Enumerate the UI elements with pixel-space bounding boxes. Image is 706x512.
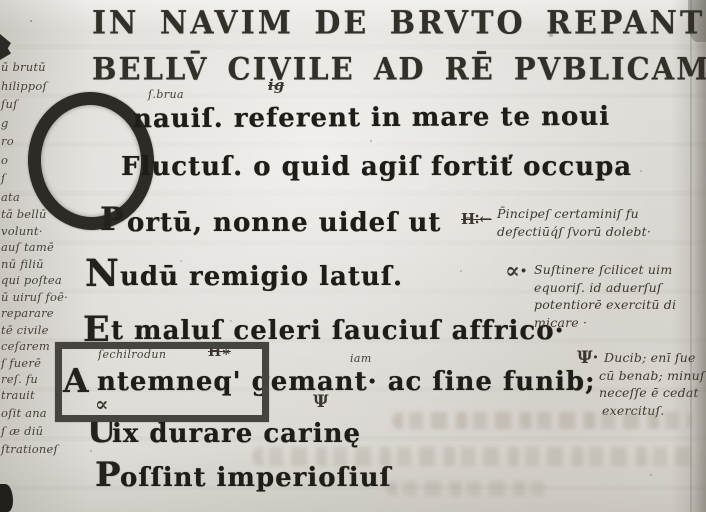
- margin-note-line: equoriſ. id aduerſuſ: [534, 279, 676, 297]
- margin-note-line: P̄incipeſ certaminiſ fu: [497, 205, 651, 223]
- margin-note-line: micare ·: [534, 314, 676, 332]
- left-gloss-fragment: volunt·: [1, 223, 68, 240]
- nota-ig-icon: ig: [268, 76, 284, 94]
- highlight-box: [55, 342, 269, 422]
- left-gloss-fragment: tē civile: [1, 322, 68, 339]
- parchment-specks: [30, 20, 32, 22]
- margin-note-line: potentiorē exercitū di: [534, 296, 676, 314]
- left-gloss-fragment: ū brutū: [1, 58, 47, 77]
- left-gloss-fragment: g: [1, 114, 47, 133]
- margin-note-line: defectiūq́ſ ſvorū dolebt·: [497, 223, 651, 241]
- left-gloss-fragment: ſ æ diū: [1, 422, 58, 440]
- ghost-text-line: [252, 447, 702, 466]
- left-gloss-fragment: tā bellū: [1, 206, 68, 223]
- margin-note-line: Suſtinere ſcilicet uim: [534, 261, 676, 279]
- left-gloss-fragment: o: [1, 151, 47, 170]
- left-gloss-fragment: ata: [1, 188, 47, 207]
- left-gloss-fragment: qui poſtea: [1, 272, 68, 289]
- poem-line-8: oſſint imperioſiuſ: [120, 463, 392, 493]
- left-gloss-fragment: auſ tamē: [1, 239, 68, 256]
- left-gloss-fragment: ſ fuerē: [1, 355, 68, 372]
- line-initial-p2: P: [95, 458, 121, 492]
- margin-note-hic: P̄incipeſ certaminiſ fu defectiūq́ſ ſvor…: [497, 205, 651, 240]
- interlinear-gloss-iam: iam: [350, 352, 372, 365]
- interlinear-gloss-brevi: ſ.brua: [148, 88, 184, 101]
- poem-line-2: Fluctuſ. o quid agiſ fortiť occupa: [121, 152, 632, 182]
- left-gloss-fragment: nū filiū: [1, 256, 68, 273]
- left-gloss-fragment: ſtrationeſ: [1, 440, 58, 458]
- hic-note-mark-icon: H∶←: [461, 210, 492, 228]
- line-initial-p: P: [100, 203, 124, 235]
- poem-line-1: nauiſ. referent in mare te noui: [133, 102, 610, 134]
- left-gloss-fragment: ro: [1, 132, 47, 151]
- rubric-title-line-1: IN NAVIM DE BRVTO REPANTĒ: [92, 5, 706, 42]
- margin-note-ducibus: Ducib; enī ſue cū benab; minuſ neceſſe ē…: [599, 349, 705, 419]
- left-gloss-fragment: hilippoſ: [1, 77, 47, 96]
- left-gloss-fragment: ſ: [1, 169, 47, 188]
- poem-line-7: ix durare carinę: [112, 419, 361, 449]
- manuscript-page: IN NAVIM DE BRVTO REPANTĒ BELLV̄ CIVILE …: [0, 0, 706, 512]
- left-gloss-fragment: ſuſ: [1, 95, 47, 114]
- poem-line-4: udū remigio latuſ.: [120, 262, 403, 292]
- margin-note-sustinere: Suſtinere ſcilicet uim equoriſ. id aduer…: [534, 261, 676, 331]
- left-gloss-fragment: oſit ana: [1, 404, 58, 422]
- rubric-title-line-2: BELLV̄ CIVILE AD RĒ PVBLICAM·: [92, 51, 706, 87]
- left-margin-column-a: ū brutū hilippoſ ſuſ g ro o ſ ata: [1, 58, 47, 206]
- left-gloss-fragment: ū uiruſ foē·: [1, 289, 68, 306]
- left-margin-column-c: trauit oſit ana ſ æ diū ſtrationeſ: [1, 386, 58, 458]
- line-initial-n: N: [85, 255, 119, 292]
- ghost-text-line: [392, 412, 692, 429]
- margin-note-line: Ducib; enī ſue: [604, 349, 705, 367]
- ghost-text-line: [386, 481, 546, 496]
- poem-line-3: ortū, nonne uideſ ut: [127, 208, 441, 238]
- alpha-note-mark-icon: ∝·: [505, 258, 527, 284]
- left-gloss-fragment: ceſarem: [1, 338, 68, 355]
- left-gloss-fragment: trauit: [1, 386, 58, 404]
- margin-note-line: cū benab; minuſ: [599, 367, 705, 385]
- trident-note-mark-icon: Ψ·: [577, 348, 598, 368]
- bottom-left-ink-blob: [0, 484, 13, 512]
- left-edge-mark: [0, 34, 11, 60]
- left-gloss-fragment: reparare: [1, 305, 68, 322]
- left-margin-column-b: tā bellū volunt· auſ tamē nū filiū qui p…: [1, 206, 68, 388]
- margin-note-line: neceſſe ē cedat: [599, 384, 705, 402]
